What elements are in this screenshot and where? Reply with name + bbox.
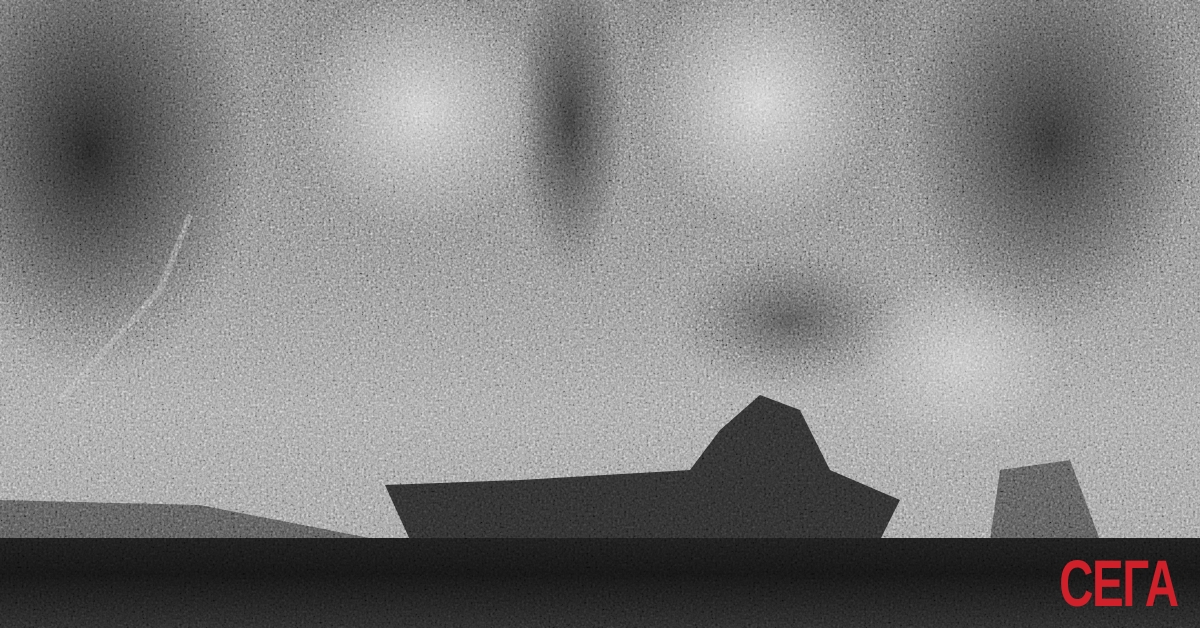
sega-logo: СЕГА — [1059, 550, 1178, 616]
grain-overlay — [0, 0, 1200, 628]
photo-frame: СЕГА — [0, 0, 1200, 628]
